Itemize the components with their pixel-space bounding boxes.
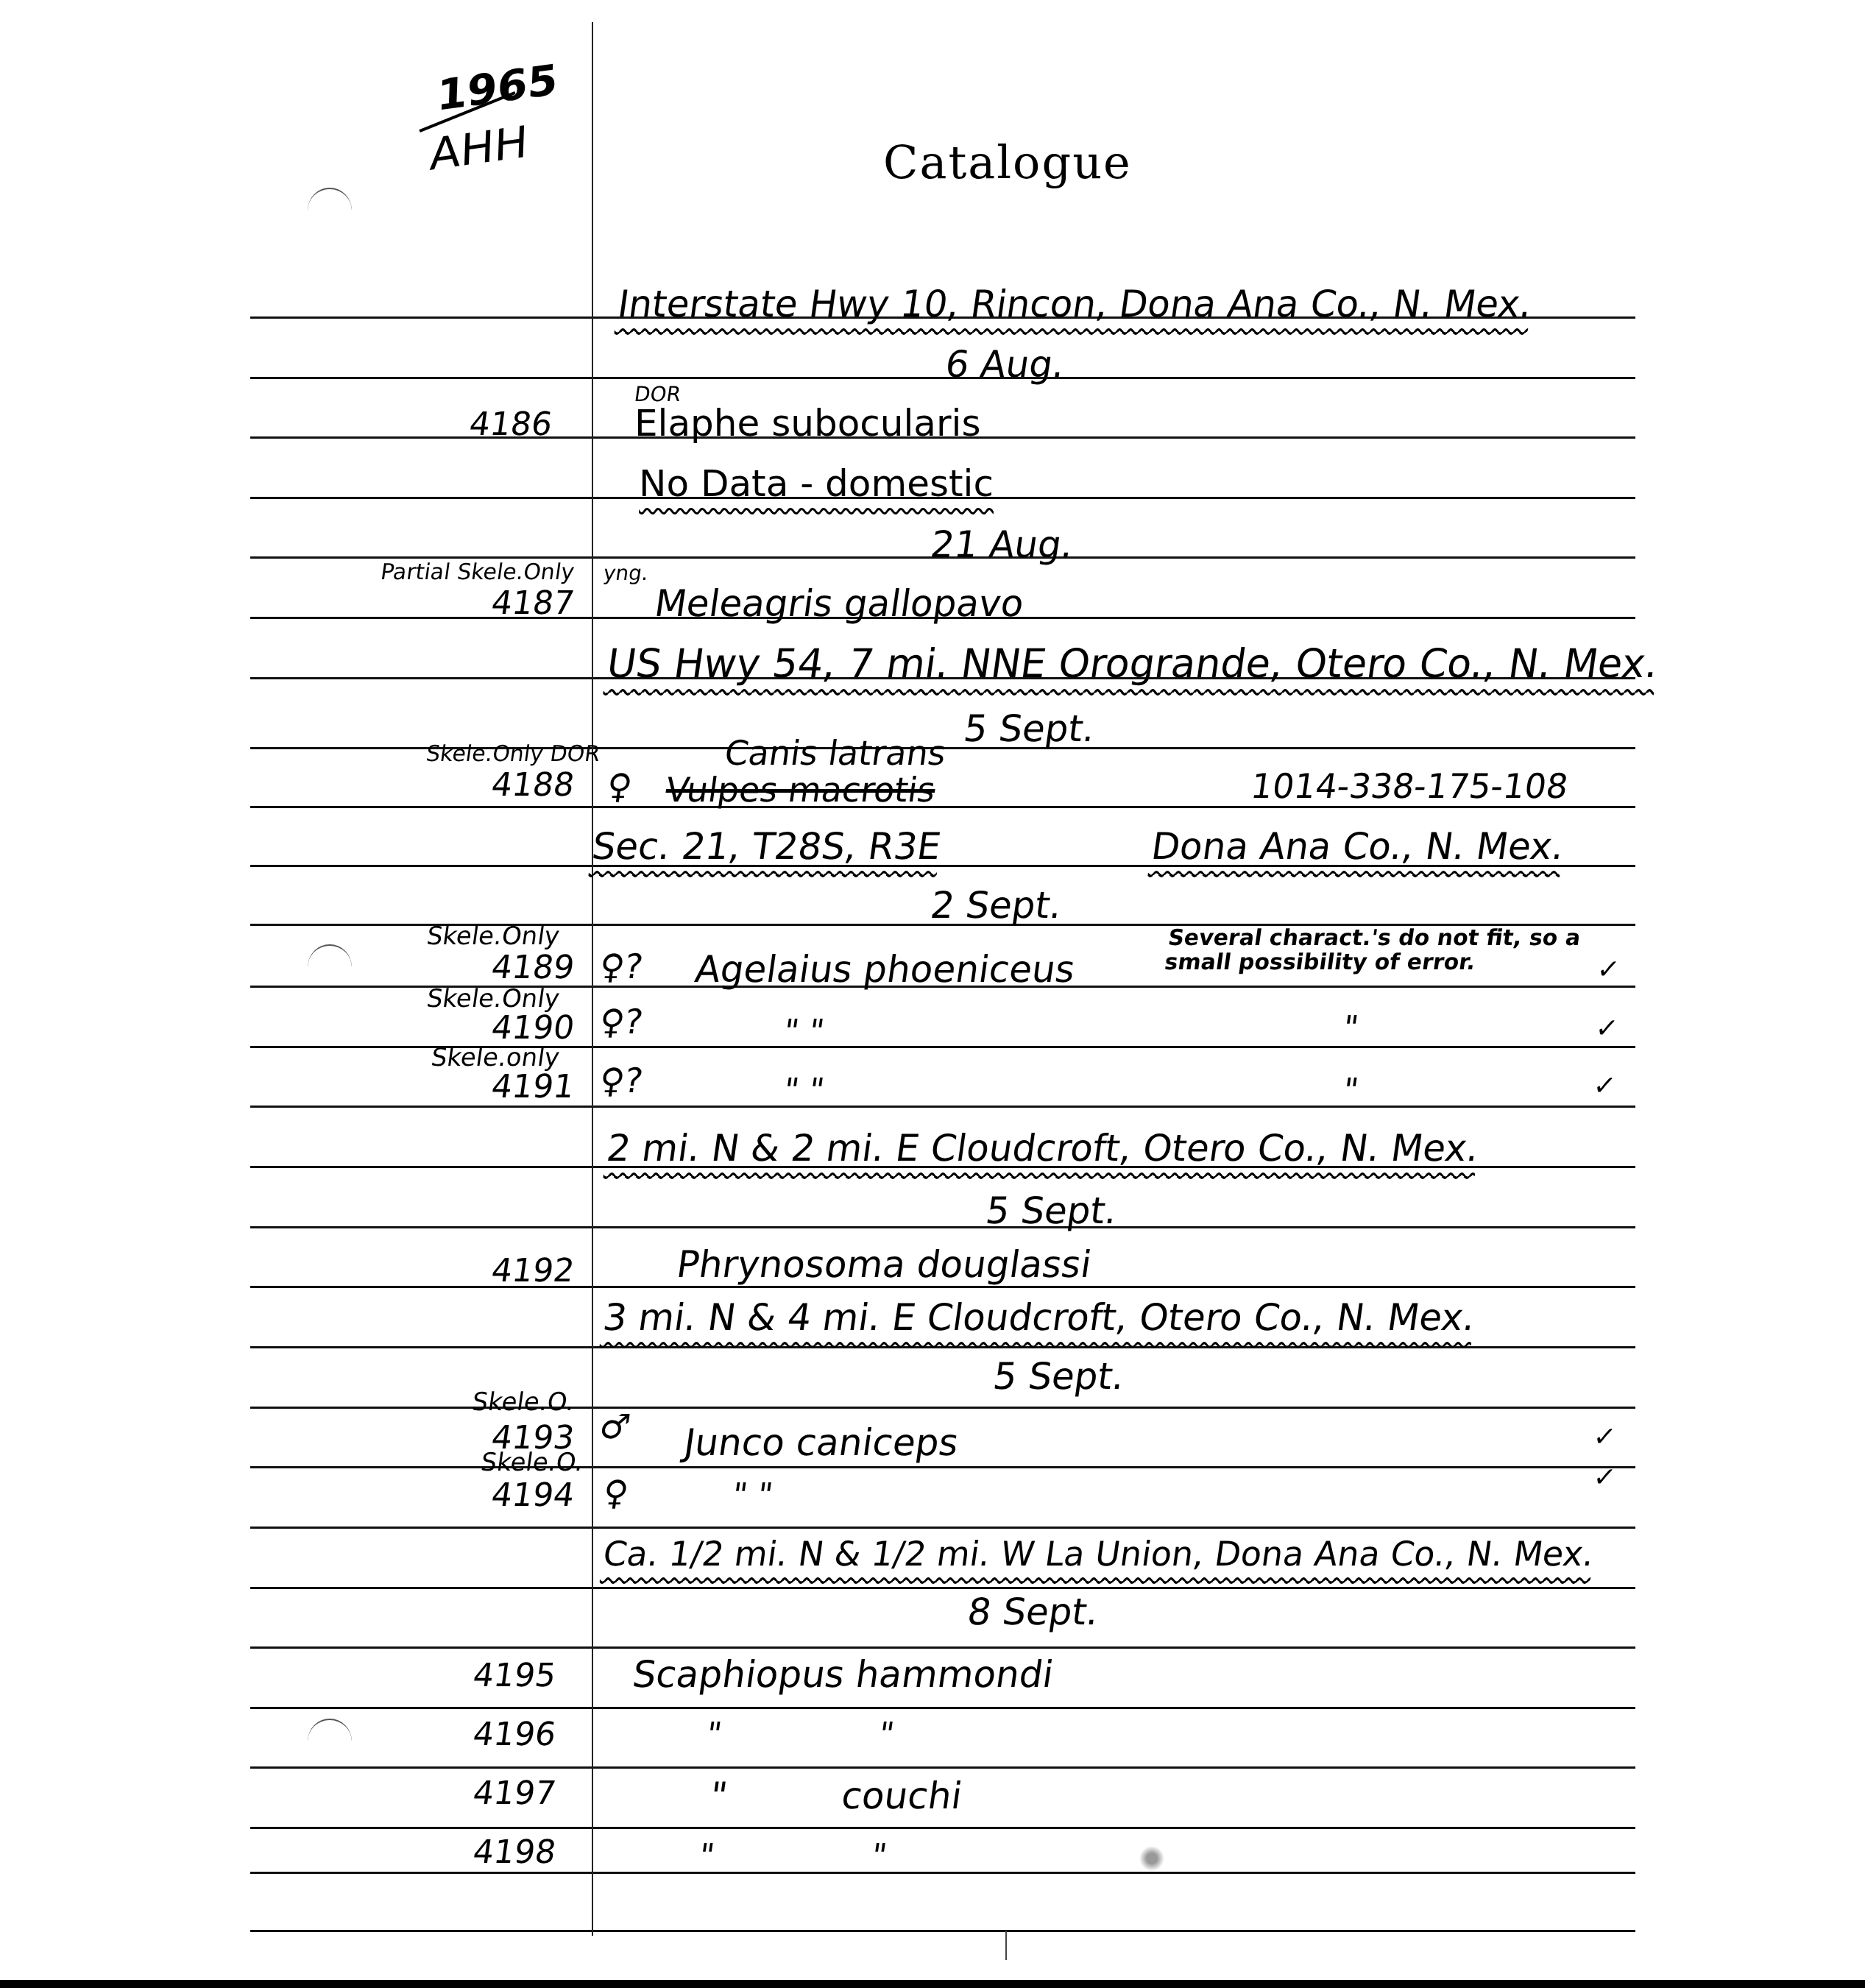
- rule-line: [250, 1527, 1635, 1529]
- species-name: Scaphiopus hammondi: [630, 1656, 1055, 1693]
- rule-line: [250, 1646, 1635, 1649]
- ditto-species: " ": [697, 1840, 889, 1872]
- struck-species-name: Vulpes macrotis: [664, 773, 938, 807]
- date-text: 2 Sept.: [928, 887, 1064, 924]
- ditto-remark: ": [1341, 1075, 1360, 1107]
- prep-note: Partial Skele.Only: [293, 562, 576, 584]
- rule-line: [250, 1226, 1635, 1228]
- prep-note: Skele.Only: [278, 924, 562, 949]
- locality-text-right: Dona Ana Co., N. Mex.: [1149, 828, 1566, 865]
- rule-line: [250, 1106, 1635, 1108]
- rule-line: [250, 1872, 1635, 1874]
- ditto-species: " ": [782, 1075, 827, 1107]
- catalog-number: 4198: [421, 1836, 558, 1869]
- prep-note: Skele.O.: [302, 1450, 585, 1475]
- catalog-number: 4192: [439, 1255, 576, 1287]
- locality-text: 3 mi. N & 4 mi. E Cloudcroft, Otero Co.,…: [601, 1299, 1477, 1336]
- date-text: 5 Sept.: [961, 710, 1097, 747]
- sex-symbol: ♂: [598, 1409, 633, 1443]
- rule-line: [250, 1707, 1635, 1709]
- sex-symbol: ♀: [601, 1476, 631, 1510]
- prep-note: Skele.O.: [293, 1390, 576, 1415]
- catalog-number: 4191: [439, 1071, 576, 1103]
- species-name: " couchi: [707, 1777, 964, 1814]
- catalog-number: 4197: [421, 1777, 558, 1810]
- prep-note: Skele.only: [278, 1045, 562, 1070]
- stub-line: [1005, 1931, 1007, 1960]
- rule-line: [250, 1587, 1635, 1589]
- ditto-remark: ": [1341, 1012, 1360, 1044]
- catalog-number: 4186: [417, 408, 554, 441]
- species-name: Phrynosoma douglassi: [674, 1246, 1093, 1283]
- date-text: 6 Aug.: [943, 346, 1066, 383]
- binder-hole-icon: [308, 944, 352, 990]
- check-icon: ✓: [1593, 1016, 1619, 1042]
- year-label: 1965: [436, 58, 559, 117]
- prefix-note: yng.: [602, 563, 650, 584]
- locality-text: Sec. 21, T28S, R3E: [590, 828, 943, 865]
- margin-line: [592, 22, 593, 1936]
- rule-line: [250, 1766, 1635, 1769]
- binder-hole-icon: [308, 188, 352, 233]
- locality-text: No Data - domestic: [639, 465, 994, 502]
- catalogue-page: 1965 AHH Catalogue Interstate Hwy 10, Ri…: [0, 0, 1865, 1988]
- initials-label: AHH: [429, 120, 528, 177]
- date-text: 21 Aug.: [928, 526, 1075, 563]
- catalog-number: 4195: [421, 1660, 558, 1692]
- sex-symbol: ♀?: [598, 949, 645, 983]
- binder-hole-icon: [308, 1719, 352, 1764]
- field-number: 1014-338-175-108: [1249, 769, 1571, 803]
- prep-note: Skele.Only DOR: [319, 743, 601, 765]
- locality-text: US Hwy 54, 7 mi. NNE Orogrande, Otero Co…: [604, 644, 1660, 684]
- ditto-species: " ": [782, 1016, 827, 1048]
- catalog-number: 4190: [439, 1012, 576, 1044]
- locality-text: Interstate Hwy 10, Rincon, Dona Ana Co.,…: [615, 286, 1534, 322]
- check-icon: ✓: [1595, 957, 1621, 983]
- rule-line: [250, 806, 1635, 808]
- species-name: Canis latrans: [723, 736, 949, 770]
- species-name: Agelaius phoeniceus: [693, 951, 1077, 988]
- rule-line: [250, 1346, 1635, 1348]
- ink-smudge: [1137, 1844, 1167, 1873]
- catalog-number: 4196: [421, 1719, 558, 1751]
- sex-symbol: ♀?: [598, 1005, 645, 1039]
- locality-text: 2 mi. N & 2 mi. E Cloudcroft, Otero Co.,…: [604, 1130, 1481, 1167]
- remark-note: Several charact.'s do not fit, so a smal…: [1163, 926, 1611, 974]
- page-title: Catalogue: [883, 140, 1132, 185]
- catalog-number: 4188: [439, 769, 576, 802]
- catalog-number: 4194: [439, 1479, 576, 1512]
- date-text: 8 Sept.: [965, 1593, 1100, 1630]
- rule-line: [250, 1827, 1635, 1829]
- date-text: 5 Sept.: [991, 1358, 1126, 1395]
- scan-edge: [0, 1980, 1865, 1988]
- species-name: Junco caniceps: [682, 1424, 960, 1461]
- locality-text: Ca. 1/2 mi. N & 1/2 mi. W La Union, Dona…: [601, 1537, 1596, 1571]
- ditto-species: " ": [704, 1719, 896, 1751]
- check-icon: ✓: [1591, 1424, 1617, 1451]
- rule-line: [250, 1930, 1635, 1932]
- check-icon: ✓: [1591, 1073, 1617, 1100]
- species-name: Meleagris gallopavo: [652, 585, 1026, 622]
- rule-line: [250, 377, 1635, 379]
- species-name: Elaphe subocularis: [634, 405, 980, 442]
- ditto-species: " ": [730, 1479, 775, 1512]
- date-text: 5 Sept.: [983, 1192, 1119, 1229]
- prep-note: Skele.Only: [278, 986, 562, 1011]
- catalog-number: 4187: [439, 587, 576, 620]
- check-icon: ✓: [1591, 1465, 1617, 1491]
- sex-symbol: ♀: [605, 769, 634, 803]
- catalog-number: 4189: [439, 952, 576, 984]
- sex-symbol: ♀?: [598, 1064, 645, 1097]
